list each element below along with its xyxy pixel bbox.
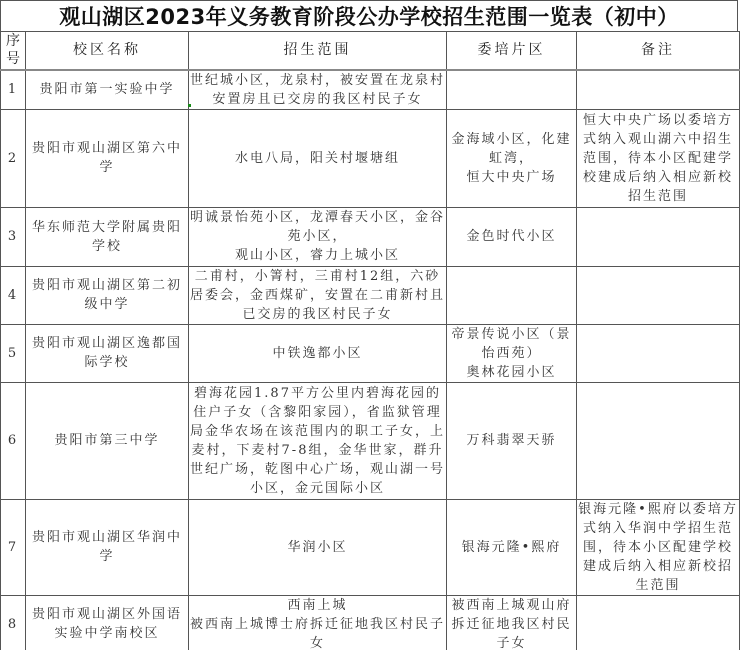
cell-school: 华东师范大学附属贵阳学校 bbox=[26, 207, 189, 266]
cell-entrusted bbox=[447, 70, 577, 110]
table-row: 8 贵阳市观山湖区外国语实验中学南校区 西南上城 被西南上城博士府拆迁征地我区村… bbox=[1, 595, 740, 650]
header-entrusted: 委培片区 bbox=[447, 32, 577, 70]
cell-no: 7 bbox=[1, 499, 26, 595]
table-row: 3 华东师范大学附属贵阳学校 明诚景怡苑小区，龙潭春天小区，金谷苑小区， 观山小… bbox=[1, 207, 740, 266]
cell-school: 贵阳市观山湖区外国语实验中学南校区 bbox=[26, 595, 189, 650]
cell-range: 二甫村，小箐村，三甫村12组，六砂居委会，金西煤矿，安置在二甫新村且已交房的我区… bbox=[189, 266, 447, 324]
cell-remarks bbox=[577, 266, 740, 324]
table-row: 5 贵阳市观山湖区逸都国际学校 中铁逸都小区 帝景传说小区（景怡西苑） 奥林花园… bbox=[1, 324, 740, 382]
cell-school: 贵阳市观山湖区逸都国际学校 bbox=[26, 324, 189, 382]
cell-selection-marker bbox=[188, 104, 191, 107]
cell-no: 3 bbox=[1, 207, 26, 266]
cell-entrusted: 万科翡翠天骄 bbox=[447, 382, 577, 499]
enrollment-sheet: 观山湖区2023年义务教育阶段公办学校招生范围一览表（初中） 序 号 校区名称 … bbox=[0, 0, 740, 650]
cell-entrusted: 银海元隆•熙府 bbox=[447, 499, 577, 595]
table-row: 6 贵阳市第三中学 碧海花园1.87平方公里内碧海花园的住户子女（含黎阳家园），… bbox=[1, 382, 740, 499]
header-row: 序 号 校区名称 招生范围 委培片区 备注 bbox=[1, 32, 740, 70]
cell-school: 贵阳市第一实验中学 bbox=[26, 70, 189, 110]
cell-no: 6 bbox=[1, 382, 26, 499]
cell-remarks bbox=[577, 382, 740, 499]
cell-school: 贵阳市观山湖区第二初级中学 bbox=[26, 266, 189, 324]
cell-school: 贵阳市观山湖区华润中学 bbox=[26, 499, 189, 595]
cell-range: 明诚景怡苑小区，龙潭春天小区，金谷苑小区， 观山小区，睿力上城小区 bbox=[189, 207, 447, 266]
cell-remarks: 恒大中央广场以委培方式纳入观山湖六中招生范围，待本小区配建学校建成后纳入相应新校… bbox=[577, 109, 740, 207]
cell-range: 华润小区 bbox=[189, 499, 447, 595]
cell-remarks: 银海元隆•熙府以委培方式纳入华润中学招生范围，待本小区配建学校建成后纳入相应新校… bbox=[577, 499, 740, 595]
cell-range: 西南上城 被西南上城博士府拆迁征地我区村民子女 bbox=[189, 595, 447, 650]
cell-no: 5 bbox=[1, 324, 26, 382]
cell-remarks bbox=[577, 70, 740, 110]
enrollment-table: 序 号 校区名称 招生范围 委培片区 备注 1 贵阳市第一实验中学 世纪城小区，… bbox=[0, 31, 740, 650]
cell-entrusted: 帝景传说小区（景怡西苑） 奥林花园小区 bbox=[447, 324, 577, 382]
cell-remarks bbox=[577, 207, 740, 266]
cell-no: 4 bbox=[1, 266, 26, 324]
cell-entrusted: 金色时代小区 bbox=[447, 207, 577, 266]
cell-school: 贵阳市观山湖区第六中学 bbox=[26, 109, 189, 207]
cell-range: 中铁逸都小区 bbox=[189, 324, 447, 382]
cell-no: 8 bbox=[1, 595, 26, 650]
header-remarks: 备注 bbox=[577, 32, 740, 70]
cell-school: 贵阳市第三中学 bbox=[26, 382, 189, 499]
table-row: 1 贵阳市第一实验中学 世纪城小区，龙泉村，被安置在龙泉村安置房且已交房的我区村… bbox=[1, 70, 740, 110]
cell-no: 2 bbox=[1, 109, 26, 207]
cell-remarks bbox=[577, 324, 740, 382]
table-row: 4 贵阳市观山湖区第二初级中学 二甫村，小箐村，三甫村12组，六砂居委会，金西煤… bbox=[1, 266, 740, 324]
page-title: 观山湖区2023年义务教育阶段公办学校招生范围一览表（初中） bbox=[0, 0, 738, 31]
cell-entrusted: 金海域小区，化建虹湾， 恒大中央广场 bbox=[447, 109, 577, 207]
header-school: 校区名称 bbox=[26, 32, 189, 70]
cell-range: 碧海花园1.87平方公里内碧海花园的住户子女（含黎阳家园），省监狱管理局金华农场… bbox=[189, 382, 447, 499]
cell-entrusted bbox=[447, 266, 577, 324]
cell-entrusted: 被西南上城观山府拆迁征地我区村民子女 bbox=[447, 595, 577, 650]
header-no: 序 号 bbox=[1, 32, 26, 70]
table-row: 2 贵阳市观山湖区第六中学 水电八局，阳关村堰塘组 金海域小区，化建虹湾， 恒大… bbox=[1, 109, 740, 207]
cell-remarks bbox=[577, 595, 740, 650]
cell-no: 1 bbox=[1, 70, 26, 110]
cell-range: 水电八局，阳关村堰塘组 bbox=[189, 109, 447, 207]
header-range: 招生范围 bbox=[189, 32, 447, 70]
cell-range: 世纪城小区，龙泉村，被安置在龙泉村安置房且已交房的我区村民子女 bbox=[189, 70, 447, 110]
table-row: 7 贵阳市观山湖区华润中学 华润小区 银海元隆•熙府 银海元隆•熙府以委培方式纳… bbox=[1, 499, 740, 595]
